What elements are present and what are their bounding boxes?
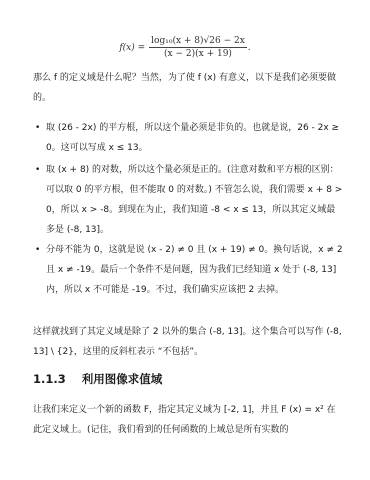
domain-formula: f(x) = log₁₀(x + 8)√26 − 2x (x − 2)(x + … <box>0 36 370 59</box>
formula-fraction: log₁₀(x + 8)√26 − 2x (x − 2)(x + 19) <box>149 36 247 59</box>
list-item-text: 取 (26 - 2x) 的平方根，所以这个量必须是非负的。也就是说，26 - 2… <box>46 123 339 153</box>
section-heading: 1.1.3 利用图像求值域 <box>33 371 162 387</box>
formula-numerator: log₁₀(x + 8)√26 − 2x <box>149 36 247 48</box>
section-paragraph: 让我们来定义一个新的函数 F，指定其定义域为 [-2, 1]，并且 F (x) … <box>33 400 343 440</box>
formula-denominator: (x − 2)(x + 19) <box>162 48 234 59</box>
bullet-icon: • <box>35 160 40 180</box>
list-item: • 分母不能为 0，这就是说 (x - 2) ≠ 0 且 (x + 19) ≠ … <box>46 240 344 300</box>
bullet-icon: • <box>35 240 40 260</box>
formula-period: . <box>248 43 251 53</box>
list-item: • 取 (x + 8) 的对数，所以这个量必须是正的。(注意对数和平方根的区别：… <box>46 160 344 240</box>
list-item-text: 取 (x + 8) 的对数，所以这个量必须是正的。(注意对数和平方根的区别：可以… <box>46 165 342 235</box>
formula-lhs: f(x) = <box>119 43 145 53</box>
list-item: • 取 (26 - 2x) 的平方根，所以这个量必须是非负的。也就是说，26 -… <box>46 118 344 158</box>
bullet-icon: • <box>35 118 40 138</box>
intro-paragraph: 那么 f 的定义域是什么呢？当然，为了使 f (x) 有意义，以下是我们必须要做… <box>33 68 343 108</box>
section-number: 1.1.3 <box>33 372 66 386</box>
conclusion-paragraph: 这样就找到了其定义域是除了 2 以外的集合 (-8, 13]。这个集合可以写作 … <box>33 322 343 362</box>
list-item-text: 分母不能为 0，这就是说 (x - 2) ≠ 0 且 (x + 19) ≠ 0。… <box>46 245 343 295</box>
section-title: 利用图像求值域 <box>82 372 163 386</box>
